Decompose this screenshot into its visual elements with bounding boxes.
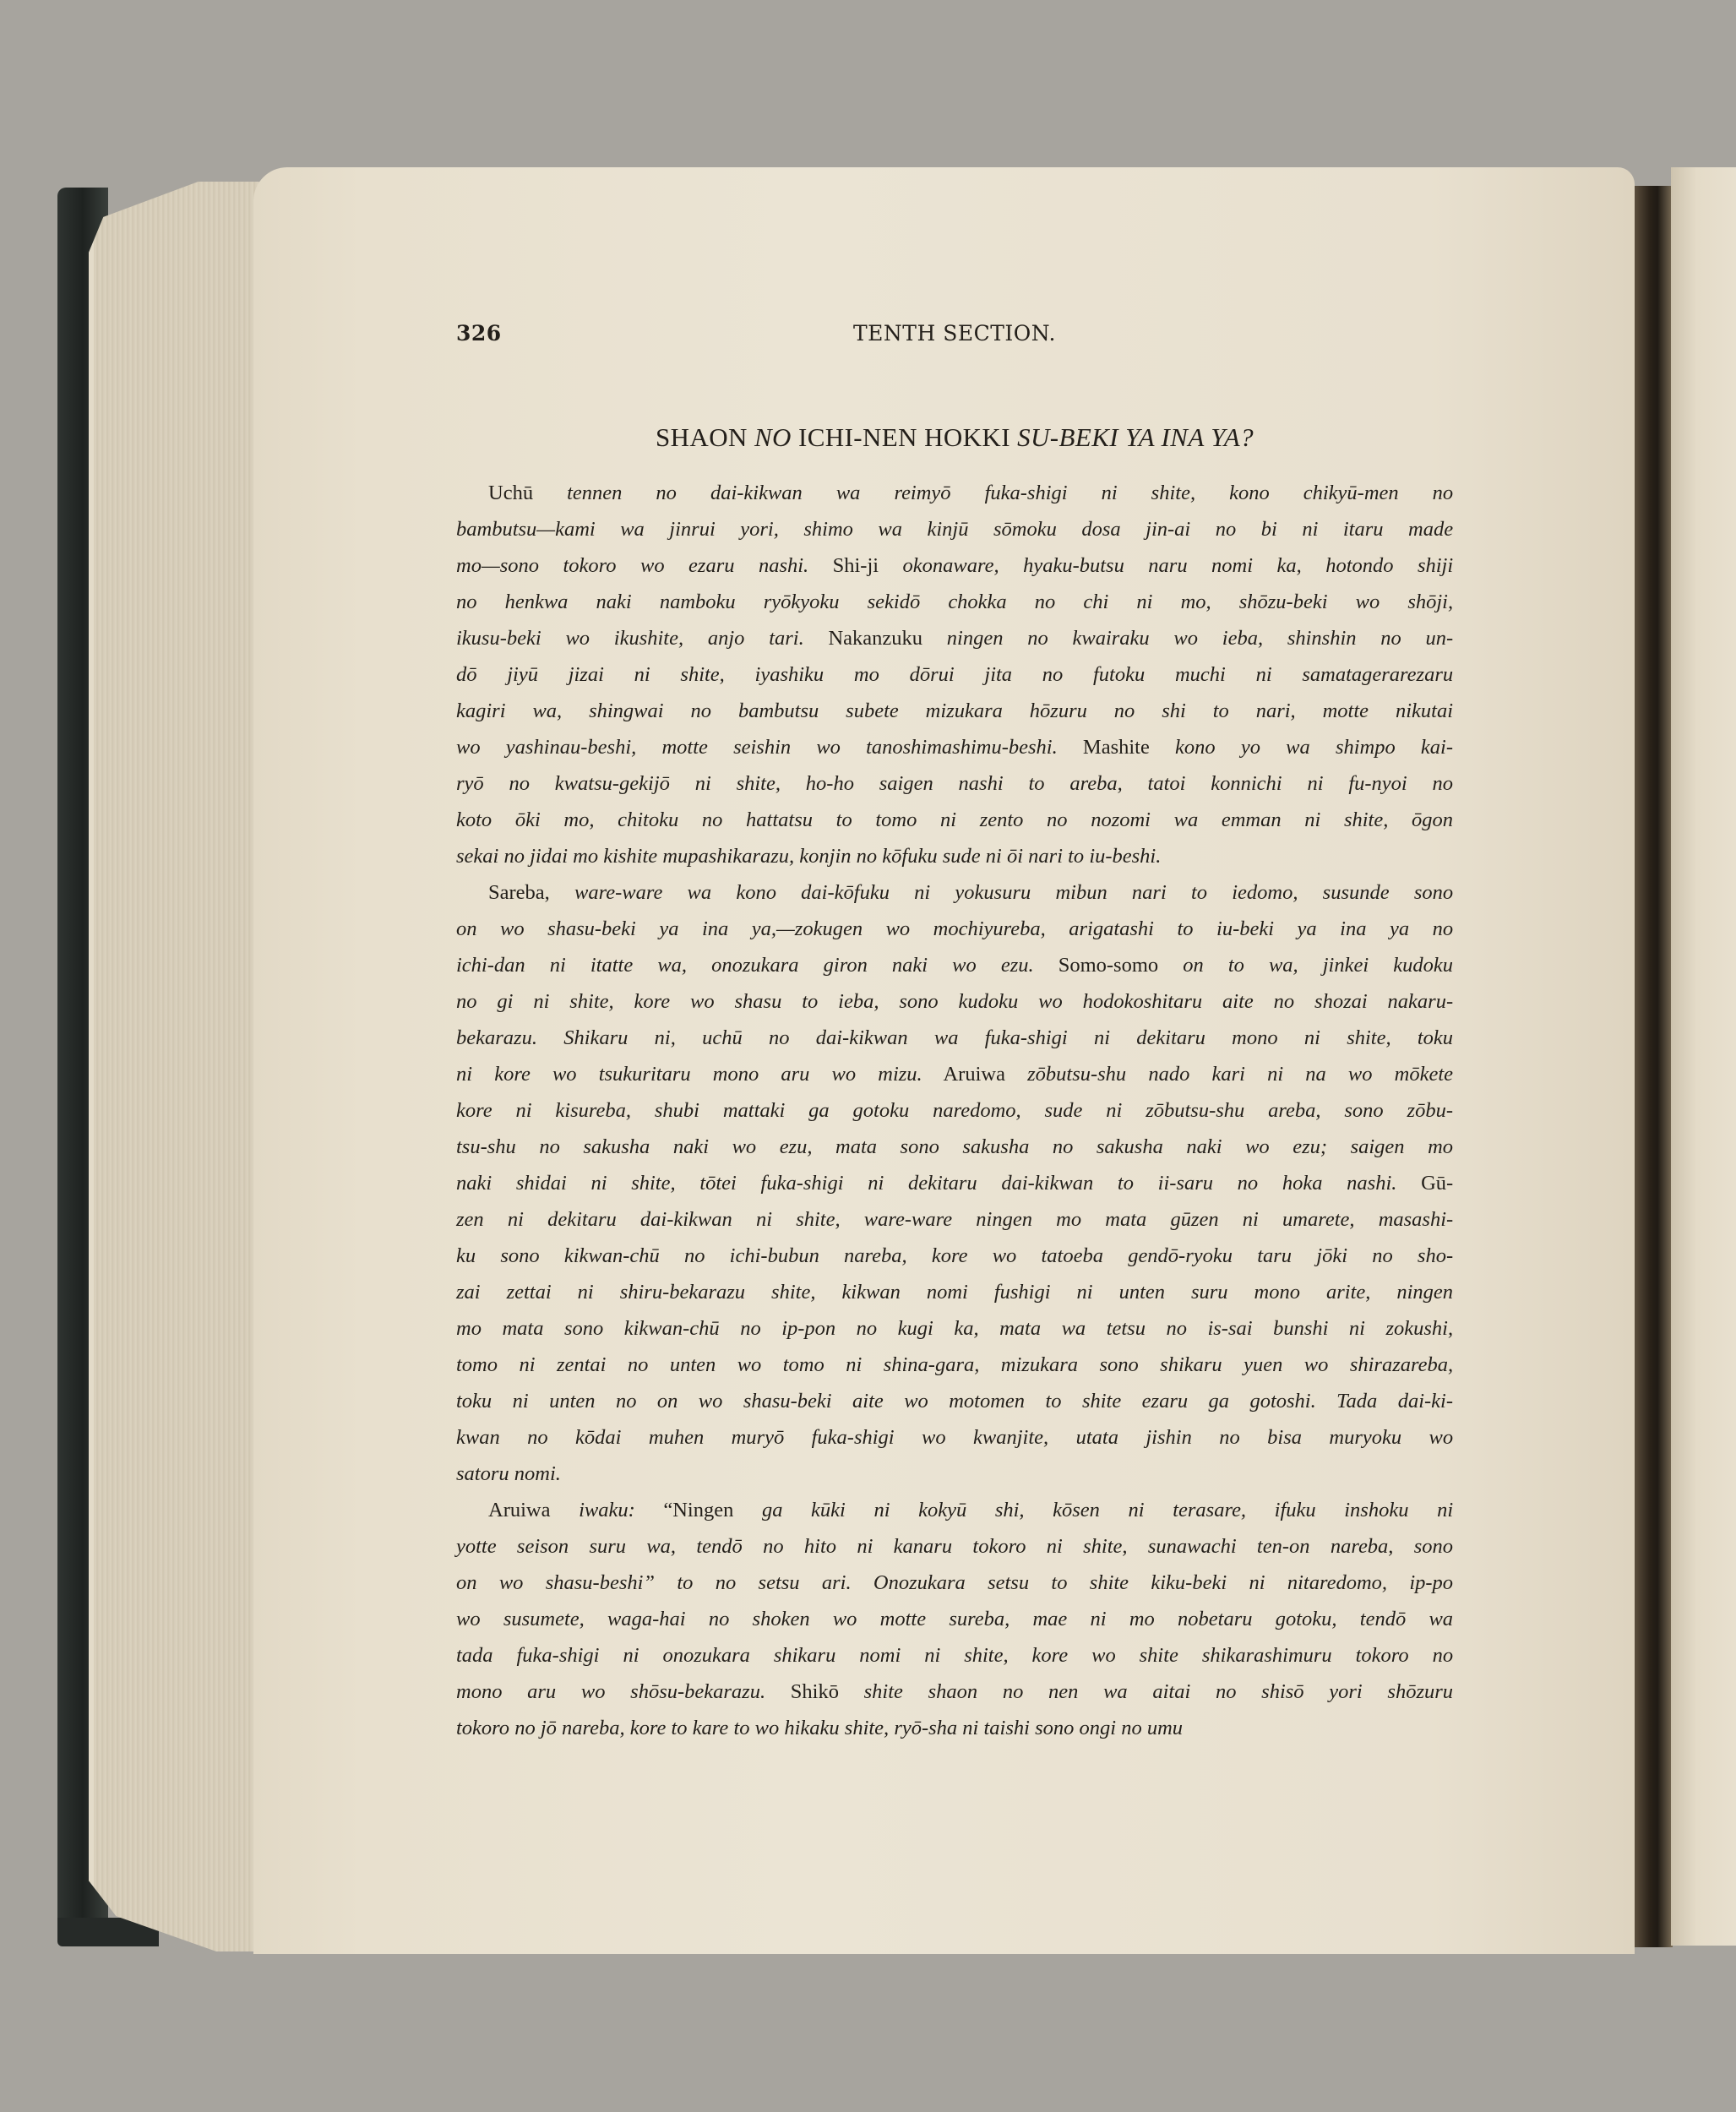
italic-word: dai-kōfuku bbox=[801, 881, 890, 904]
italic-word: ni bbox=[634, 663, 650, 686]
italic-word: hoka bbox=[1282, 1172, 1323, 1195]
title-segment: SHAON bbox=[656, 422, 754, 452]
italic-word: itatte bbox=[590, 954, 633, 977]
text-line: bambutsu—kami wa jinrui yori, shimo wa k… bbox=[456, 511, 1453, 547]
italic-word: un- bbox=[1426, 627, 1454, 650]
italic-word: shite bbox=[864, 1680, 903, 1703]
italic-word: to bbox=[1028, 772, 1044, 795]
italic-word: ni bbox=[590, 1172, 607, 1195]
italic-word: ezaru bbox=[1142, 1390, 1188, 1413]
italic-word: to bbox=[802, 990, 818, 1013]
italic-word: kore bbox=[630, 1717, 667, 1739]
italic-word: ni bbox=[456, 1063, 472, 1086]
italic-word: ware-ware bbox=[574, 881, 662, 904]
italic-word: to bbox=[1068, 845, 1084, 868]
italic-word: itaru bbox=[1343, 518, 1384, 541]
italic-word: ni bbox=[962, 1717, 978, 1739]
italic-word: reimyō bbox=[894, 482, 950, 504]
italic-word: masashi- bbox=[1379, 1208, 1453, 1231]
italic-word: ōi bbox=[1007, 845, 1023, 868]
italic-word: hodokoshitaru bbox=[1083, 990, 1203, 1013]
italic-word: wa, bbox=[646, 1535, 676, 1558]
italic-word: ni bbox=[578, 1281, 594, 1304]
italic-word: wo bbox=[565, 627, 590, 650]
italic-word: on bbox=[456, 917, 477, 940]
italic-word: fuka-shigi bbox=[761, 1172, 844, 1195]
italic-word: tetsu bbox=[1107, 1317, 1146, 1340]
italic-word: fushigi bbox=[994, 1281, 1051, 1304]
italic-word: to bbox=[1177, 917, 1193, 940]
italic-word: unten bbox=[1119, 1281, 1165, 1304]
italic-word: no bbox=[1216, 1680, 1237, 1703]
italic-word: bi bbox=[1261, 518, 1277, 541]
italic-word: iwaku: bbox=[579, 1499, 635, 1521]
italic-word: shidai bbox=[516, 1172, 567, 1195]
italic-word: mono bbox=[1232, 1026, 1277, 1049]
italic-word: no bbox=[456, 591, 477, 613]
italic-word: yori bbox=[1329, 1680, 1362, 1703]
italic-word: mata bbox=[835, 1135, 877, 1158]
paragraph: Uchū tennen no dai-kikwan wa reimyō fuka… bbox=[456, 475, 1453, 874]
italic-word: zokushi, bbox=[1385, 1317, 1453, 1340]
italic-word: tokoro bbox=[972, 1535, 1026, 1558]
italic-word: nado bbox=[1148, 1063, 1189, 1086]
italic-word: ka, bbox=[954, 1317, 978, 1340]
italic-word: sono bbox=[1414, 881, 1453, 904]
italic-word: tomo bbox=[456, 1353, 498, 1376]
italic-word: shasu-beshi” bbox=[546, 1571, 655, 1594]
italic-word: ni bbox=[513, 1390, 529, 1413]
text-line: zai zettai ni shiru-bekarazu shite, kikw… bbox=[456, 1274, 1453, 1310]
italic-word: wo bbox=[886, 917, 911, 940]
italic-word: wo bbox=[732, 1135, 757, 1158]
italic-word: ku bbox=[456, 1244, 476, 1267]
italic-word: ni bbox=[533, 990, 549, 1013]
italic-word: mo, bbox=[1181, 591, 1211, 613]
italic-word: subete bbox=[846, 699, 899, 722]
italic-word: setsu bbox=[988, 1571, 1029, 1594]
italic-word: tōtei bbox=[699, 1172, 737, 1195]
italic-word: motte bbox=[1323, 699, 1369, 722]
text-line: koto ōki mo, chitoku no hattatsu to tomo… bbox=[456, 802, 1453, 838]
italic-word: ichi-dan bbox=[456, 954, 525, 977]
italic-word: no bbox=[1216, 518, 1237, 541]
italic-word: jizai bbox=[569, 663, 604, 686]
italic-word: Onozukara bbox=[873, 1571, 966, 1594]
italic-word: mata bbox=[1105, 1208, 1146, 1231]
italic-word: wo bbox=[993, 1244, 1017, 1267]
italic-word: kudoku bbox=[1393, 954, 1453, 977]
italic-word: saigen bbox=[1351, 1135, 1405, 1158]
italic-word: wo bbox=[1038, 990, 1063, 1013]
italic-word: dosa bbox=[1081, 518, 1120, 541]
italic-word: nikutai bbox=[1396, 699, 1453, 722]
paragraph: Sareba, ware-ware wa kono dai-kōfuku ni … bbox=[456, 874, 1453, 1492]
italic-word: susunde bbox=[1323, 881, 1390, 904]
italic-word: jin-ai bbox=[1146, 518, 1190, 541]
italic-word: shite bbox=[1140, 1644, 1178, 1667]
paragraph: Aruiwa iwaku: “Ningen ga kūki ni kokyū s… bbox=[456, 1492, 1453, 1746]
italic-word: tendō bbox=[1360, 1608, 1406, 1630]
italic-word: kai- bbox=[1421, 736, 1453, 759]
italic-word: kwatsu-gekijō bbox=[555, 772, 670, 795]
italic-word: sude bbox=[1045, 1099, 1083, 1122]
italic-word: ni bbox=[986, 845, 1002, 868]
roman-word: “Ningen bbox=[663, 1499, 733, 1521]
italic-word: mo bbox=[1129, 1608, 1155, 1630]
italic-word: ya bbox=[1298, 917, 1317, 940]
italic-word: no bbox=[1433, 772, 1454, 795]
italic-word: kishite bbox=[603, 845, 657, 868]
italic-word: muchi bbox=[1175, 663, 1226, 686]
italic-word: aru bbox=[527, 1680, 556, 1703]
italic-word: jō bbox=[541, 1717, 557, 1739]
italic-word: gotoku bbox=[853, 1099, 910, 1122]
italic-word: ezaru bbox=[688, 554, 734, 577]
italic-word: mizukara bbox=[1001, 1353, 1078, 1376]
italic-word: saigen bbox=[879, 772, 933, 795]
italic-word: kikwan-chū bbox=[564, 1244, 660, 1267]
italic-word: to bbox=[1118, 1172, 1134, 1195]
italic-word: dai-kikwan bbox=[1001, 1172, 1093, 1195]
text-line: wo susumete, waga-hai no shoken wo motte… bbox=[456, 1601, 1453, 1637]
italic-word: shingwai bbox=[589, 699, 664, 722]
italic-word: ip-pon bbox=[781, 1317, 835, 1340]
italic-word: shasu bbox=[735, 990, 782, 1013]
italic-word: ho-ho bbox=[806, 772, 854, 795]
italic-word: wo bbox=[699, 1390, 723, 1413]
italic-word: dōrui bbox=[910, 663, 955, 686]
italic-word: chitoku bbox=[618, 808, 678, 831]
italic-word: no bbox=[763, 1535, 784, 1558]
italic-word: on bbox=[657, 1390, 678, 1413]
text-line: dō jiyū jizai ni shite, iyashiku mo dōru… bbox=[456, 656, 1453, 693]
italic-word: gi bbox=[497, 990, 513, 1013]
italic-word: iedomo, bbox=[1232, 881, 1298, 904]
italic-word: zento bbox=[980, 808, 1024, 831]
italic-word: shirazareba, bbox=[1350, 1353, 1453, 1376]
italic-word: ni bbox=[1267, 1063, 1283, 1086]
italic-word: nari bbox=[1132, 881, 1167, 904]
italic-word: kwan bbox=[456, 1426, 500, 1449]
italic-word: aite bbox=[1222, 990, 1254, 1013]
italic-word: no bbox=[1219, 1426, 1240, 1449]
italic-word: yokusuru bbox=[955, 881, 1031, 904]
text-line: kore ni kisureba, shubi mattaki ga gotok… bbox=[456, 1092, 1453, 1129]
italic-word: ni bbox=[1077, 1281, 1093, 1304]
italic-word: wa bbox=[620, 518, 645, 541]
italic-word: zōbu- bbox=[1407, 1099, 1453, 1122]
text-line: wo yashinau-beshi, motte seishin wo tano… bbox=[456, 729, 1453, 765]
italic-word: bisa bbox=[1267, 1426, 1302, 1449]
text-line: ku sono kikwan-chū no ichi-bubun nareba,… bbox=[456, 1238, 1453, 1274]
italic-word: iu-beshi. bbox=[1089, 845, 1161, 868]
italic-word: no bbox=[709, 1608, 730, 1630]
italic-word: ip-po bbox=[1409, 1571, 1453, 1594]
italic-word: shasu-beki bbox=[743, 1390, 832, 1413]
italic-word: no bbox=[740, 1317, 761, 1340]
italic-word: namboku bbox=[660, 591, 736, 613]
italic-word: nareba, bbox=[562, 1717, 625, 1739]
text-line: tsu-shu no sakusha naki wo ezu, mata son… bbox=[456, 1129, 1453, 1165]
italic-word: nareba, bbox=[844, 1244, 907, 1267]
italic-word: to bbox=[677, 1571, 693, 1594]
italic-word: shina-gara, bbox=[884, 1353, 980, 1376]
italic-word: kōdai bbox=[575, 1426, 621, 1449]
italic-word: Shikaru bbox=[563, 1026, 628, 1049]
italic-word: nitaredomo, bbox=[1287, 1571, 1387, 1594]
italic-word: no bbox=[1274, 990, 1295, 1013]
italic-word: hotondo bbox=[1325, 554, 1393, 577]
text-line: no gi ni shite, kore wo shasu to ieba, s… bbox=[456, 983, 1453, 1020]
italic-word: kwanjite, bbox=[973, 1426, 1048, 1449]
italic-word: hito bbox=[804, 1535, 836, 1558]
italic-word: wo bbox=[737, 1353, 762, 1376]
italic-word: yuen bbox=[1243, 1353, 1282, 1376]
italic-word: kore bbox=[494, 1063, 531, 1086]
book-gutter bbox=[1635, 186, 1673, 1947]
italic-word: wo bbox=[1304, 1353, 1329, 1376]
roman-word: Somo-somo bbox=[1058, 954, 1158, 977]
italic-word: mata bbox=[502, 1317, 543, 1340]
italic-word: kari bbox=[1211, 1063, 1244, 1086]
italic-word: ieba, bbox=[1222, 627, 1263, 650]
text-line: Sareba, ware-ware wa kono dai-kōfuku ni … bbox=[456, 874, 1453, 911]
italic-word: mibun bbox=[1055, 881, 1107, 904]
italic-word: kore bbox=[634, 990, 671, 1013]
italic-word: no bbox=[684, 1244, 705, 1267]
italic-word: sho- bbox=[1418, 1244, 1453, 1267]
roman-word: Sareba, bbox=[488, 881, 550, 904]
italic-word: shi, bbox=[995, 1499, 1025, 1521]
italic-word: to bbox=[1228, 954, 1244, 977]
italic-word: jiyū bbox=[507, 663, 538, 686]
italic-word: kiku-beki bbox=[1151, 1571, 1227, 1594]
italic-word: shite, bbox=[680, 663, 724, 686]
italic-word: mo bbox=[854, 663, 879, 686]
italic-word: wa bbox=[1429, 1608, 1453, 1630]
italic-word: nareba, bbox=[1331, 1535, 1394, 1558]
italic-word: kinjū bbox=[928, 518, 969, 541]
italic-word: sono bbox=[1099, 1353, 1138, 1376]
italic-word: gendō-ryoku bbox=[1128, 1244, 1233, 1267]
italic-word: no bbox=[514, 1717, 536, 1739]
italic-word: yo bbox=[1241, 736, 1260, 759]
italic-word: shite, bbox=[1083, 1535, 1127, 1558]
title-segment: ICHI-NEN HOKKI bbox=[792, 422, 1017, 452]
italic-word: umu bbox=[1147, 1717, 1183, 1739]
italic-word: fu-nyoi bbox=[1348, 772, 1407, 795]
italic-word: kwairaku bbox=[1072, 627, 1149, 650]
italic-word: no bbox=[1047, 808, 1068, 831]
italic-word: shite bbox=[1090, 1571, 1129, 1594]
italic-word: hikaku bbox=[784, 1717, 839, 1739]
italic-word: zen bbox=[456, 1208, 484, 1231]
italic-word: Tada bbox=[1336, 1390, 1377, 1413]
italic-word: ni bbox=[695, 772, 711, 795]
italic-word: zai bbox=[456, 1281, 481, 1304]
text-line: toku ni unten no on wo shasu-beki aite w… bbox=[456, 1383, 1453, 1419]
italic-word: to bbox=[1051, 1571, 1067, 1594]
italic-word: shubi bbox=[655, 1099, 699, 1122]
italic-word: mono bbox=[456, 1680, 502, 1703]
italic-word: sōmoku bbox=[993, 518, 1057, 541]
italic-word: hyaku-butsu bbox=[1023, 554, 1124, 577]
italic-word: wo bbox=[952, 954, 977, 977]
italic-word: to bbox=[672, 1717, 688, 1739]
italic-word: iyashiku bbox=[755, 663, 824, 686]
text-line: sekai no jidai mo kishite mupashikarazu,… bbox=[456, 838, 1453, 874]
roman-word: Uchū bbox=[488, 482, 533, 504]
italic-word: naredomo, bbox=[933, 1099, 1021, 1122]
italic-word: zettai bbox=[507, 1281, 552, 1304]
italic-word: no bbox=[1433, 482, 1454, 504]
italic-word: tari. bbox=[769, 627, 804, 650]
italic-word: dekitaru bbox=[547, 1208, 617, 1231]
italic-word: no bbox=[1121, 1717, 1142, 1739]
italic-word: tokoro bbox=[456, 1717, 509, 1739]
italic-word: no bbox=[769, 1026, 790, 1049]
italic-word: sureba, bbox=[949, 1608, 1009, 1630]
italic-word: no bbox=[1053, 1135, 1074, 1158]
italic-word: wo bbox=[456, 1608, 481, 1630]
roman-word: Aruiwa bbox=[943, 1063, 1004, 1086]
italic-word: areba, bbox=[1268, 1099, 1320, 1122]
italic-word: mattaki bbox=[723, 1099, 786, 1122]
italic-word: nen bbox=[1048, 1680, 1078, 1703]
italic-word: ni bbox=[1249, 1571, 1265, 1594]
italic-word: naki bbox=[596, 591, 632, 613]
italic-word: ōgon bbox=[1412, 808, 1453, 831]
text-line: tada fuka-shigi ni onozukara shikaru nom… bbox=[456, 1637, 1453, 1674]
roman-word: Aruiwa bbox=[488, 1499, 550, 1521]
italic-word: kudoku bbox=[959, 990, 1019, 1013]
italic-word: to bbox=[1191, 881, 1207, 904]
roman-word: Shikō bbox=[791, 1680, 839, 1703]
italic-word: sakusha bbox=[962, 1135, 1029, 1158]
italic-word: kūki bbox=[811, 1499, 846, 1521]
italic-word: wa bbox=[1103, 1680, 1128, 1703]
italic-word: ningen bbox=[1396, 1281, 1453, 1304]
italic-word: ni bbox=[1349, 1317, 1365, 1340]
italic-word: nari bbox=[1028, 845, 1063, 868]
italic-word: taru bbox=[1257, 1244, 1292, 1267]
italic-word: kōfuku bbox=[882, 845, 937, 868]
italic-word: ni bbox=[914, 881, 930, 904]
italic-word: shite, bbox=[1344, 808, 1388, 831]
italic-word: uchū bbox=[702, 1026, 743, 1049]
italic-word: ni, bbox=[655, 1026, 676, 1049]
italic-word: shaon bbox=[928, 1680, 978, 1703]
italic-word: okonaware, bbox=[903, 554, 999, 577]
italic-word: seison bbox=[517, 1535, 569, 1558]
italic-word: shimo bbox=[803, 518, 853, 541]
italic-word: arite, bbox=[1326, 1281, 1370, 1304]
italic-word: kagiri bbox=[456, 699, 506, 722]
text-line: mo—sono tokoro wo ezaru nashi. Shi-ji ok… bbox=[456, 547, 1453, 584]
italic-word: hattatsu bbox=[746, 808, 813, 831]
italic-word: ni bbox=[873, 1499, 890, 1521]
italic-word: ni bbox=[1136, 591, 1152, 613]
italic-word: wo bbox=[581, 1680, 606, 1703]
italic-word: kikwan bbox=[841, 1281, 900, 1304]
italic-word: motte bbox=[661, 736, 707, 759]
italic-word: tanoshimashimu-beshi. bbox=[866, 736, 1058, 759]
italic-word: to bbox=[836, 808, 852, 831]
text-line: on wo shasu-beki ya ina ya,—zokugen wo m… bbox=[456, 911, 1453, 947]
italic-word: naki bbox=[1186, 1135, 1222, 1158]
italic-word: ya bbox=[659, 917, 678, 940]
italic-word: mono bbox=[713, 1063, 759, 1086]
italic-word: ni bbox=[623, 1644, 639, 1667]
italic-word: shite, bbox=[771, 1281, 815, 1304]
text-line: naki shidai ni shite, tōtei fuka-shigi n… bbox=[456, 1165, 1453, 1201]
italic-word: wo bbox=[833, 1608, 857, 1630]
italic-word: ni bbox=[519, 1353, 535, 1376]
italic-word: ni bbox=[1243, 1208, 1259, 1231]
italic-word: wo bbox=[500, 917, 525, 940]
article-title: SHAON NO ICHI-NEN HOKKI SU-BEKI YA INA Y… bbox=[456, 422, 1453, 453]
italic-word: mo—sono bbox=[456, 554, 539, 577]
italic-word: hōzuru bbox=[1030, 699, 1087, 722]
italic-word: ezu; bbox=[1292, 1135, 1327, 1158]
italic-word: mo, bbox=[563, 808, 594, 831]
italic-word: jinrui bbox=[669, 518, 715, 541]
italic-word: shite, bbox=[796, 1208, 840, 1231]
italic-word: ya,—zokugen bbox=[752, 917, 863, 940]
italic-word: koto bbox=[456, 808, 492, 831]
italic-word: ongi bbox=[1080, 1717, 1117, 1739]
italic-word: umarete, bbox=[1282, 1208, 1355, 1231]
text-line: ichi-dan ni itatte wa, onozukara giron n… bbox=[456, 947, 1453, 983]
italic-word: wo bbox=[904, 1390, 928, 1413]
italic-word: shiji bbox=[1418, 554, 1453, 577]
italic-word: muryoku bbox=[1329, 1426, 1401, 1449]
italic-word: ieba, bbox=[838, 990, 879, 1013]
italic-word: setsu bbox=[759, 1571, 800, 1594]
italic-word: aite bbox=[852, 1390, 884, 1413]
italic-word: utata bbox=[1076, 1426, 1118, 1449]
text-line: mono aru wo shōsu-bekarazu. Shikō shite … bbox=[456, 1674, 1453, 1710]
italic-word: iu-beki bbox=[1216, 917, 1274, 940]
italic-word: ni bbox=[1102, 482, 1118, 504]
italic-word: wa, bbox=[1269, 954, 1298, 977]
italic-word: ōki bbox=[515, 808, 541, 831]
italic-word: kanaru bbox=[894, 1535, 952, 1558]
italic-word: nomi bbox=[927, 1281, 968, 1304]
roman-word: Mashite bbox=[1083, 736, 1150, 759]
italic-word: kore bbox=[1032, 1644, 1069, 1667]
italic-word: ryō-sha bbox=[894, 1717, 957, 1739]
italic-word: fuka-shigi bbox=[812, 1426, 895, 1449]
italic-word: ni bbox=[1307, 772, 1323, 795]
text-line: ryō no kwatsu-gekijō ni shite, ho-ho sai… bbox=[456, 765, 1453, 802]
italic-word: onozukara bbox=[662, 1644, 749, 1667]
italic-word: ina bbox=[1340, 917, 1366, 940]
italic-word: no bbox=[1433, 917, 1454, 940]
text-line: Aruiwa iwaku: “Ningen ga kūki ni kokyū s… bbox=[456, 1492, 1453, 1528]
text-line: yotte seison suru wa, tendō no hito ni k… bbox=[456, 1528, 1453, 1565]
italic-word: mo bbox=[573, 845, 598, 868]
text-line: ikusu-beki wo ikushite, anjo tari. Nakan… bbox=[456, 620, 1453, 656]
italic-word: wo bbox=[1173, 627, 1198, 650]
italic-word: tsukuritaru bbox=[599, 1063, 691, 1086]
section-title: TENTH SECTION. bbox=[456, 321, 1453, 346]
italic-word: naru bbox=[1148, 554, 1187, 577]
italic-word: wa, bbox=[657, 954, 687, 977]
italic-word: kisureba, bbox=[555, 1099, 631, 1122]
italic-word: mata bbox=[999, 1317, 1041, 1340]
